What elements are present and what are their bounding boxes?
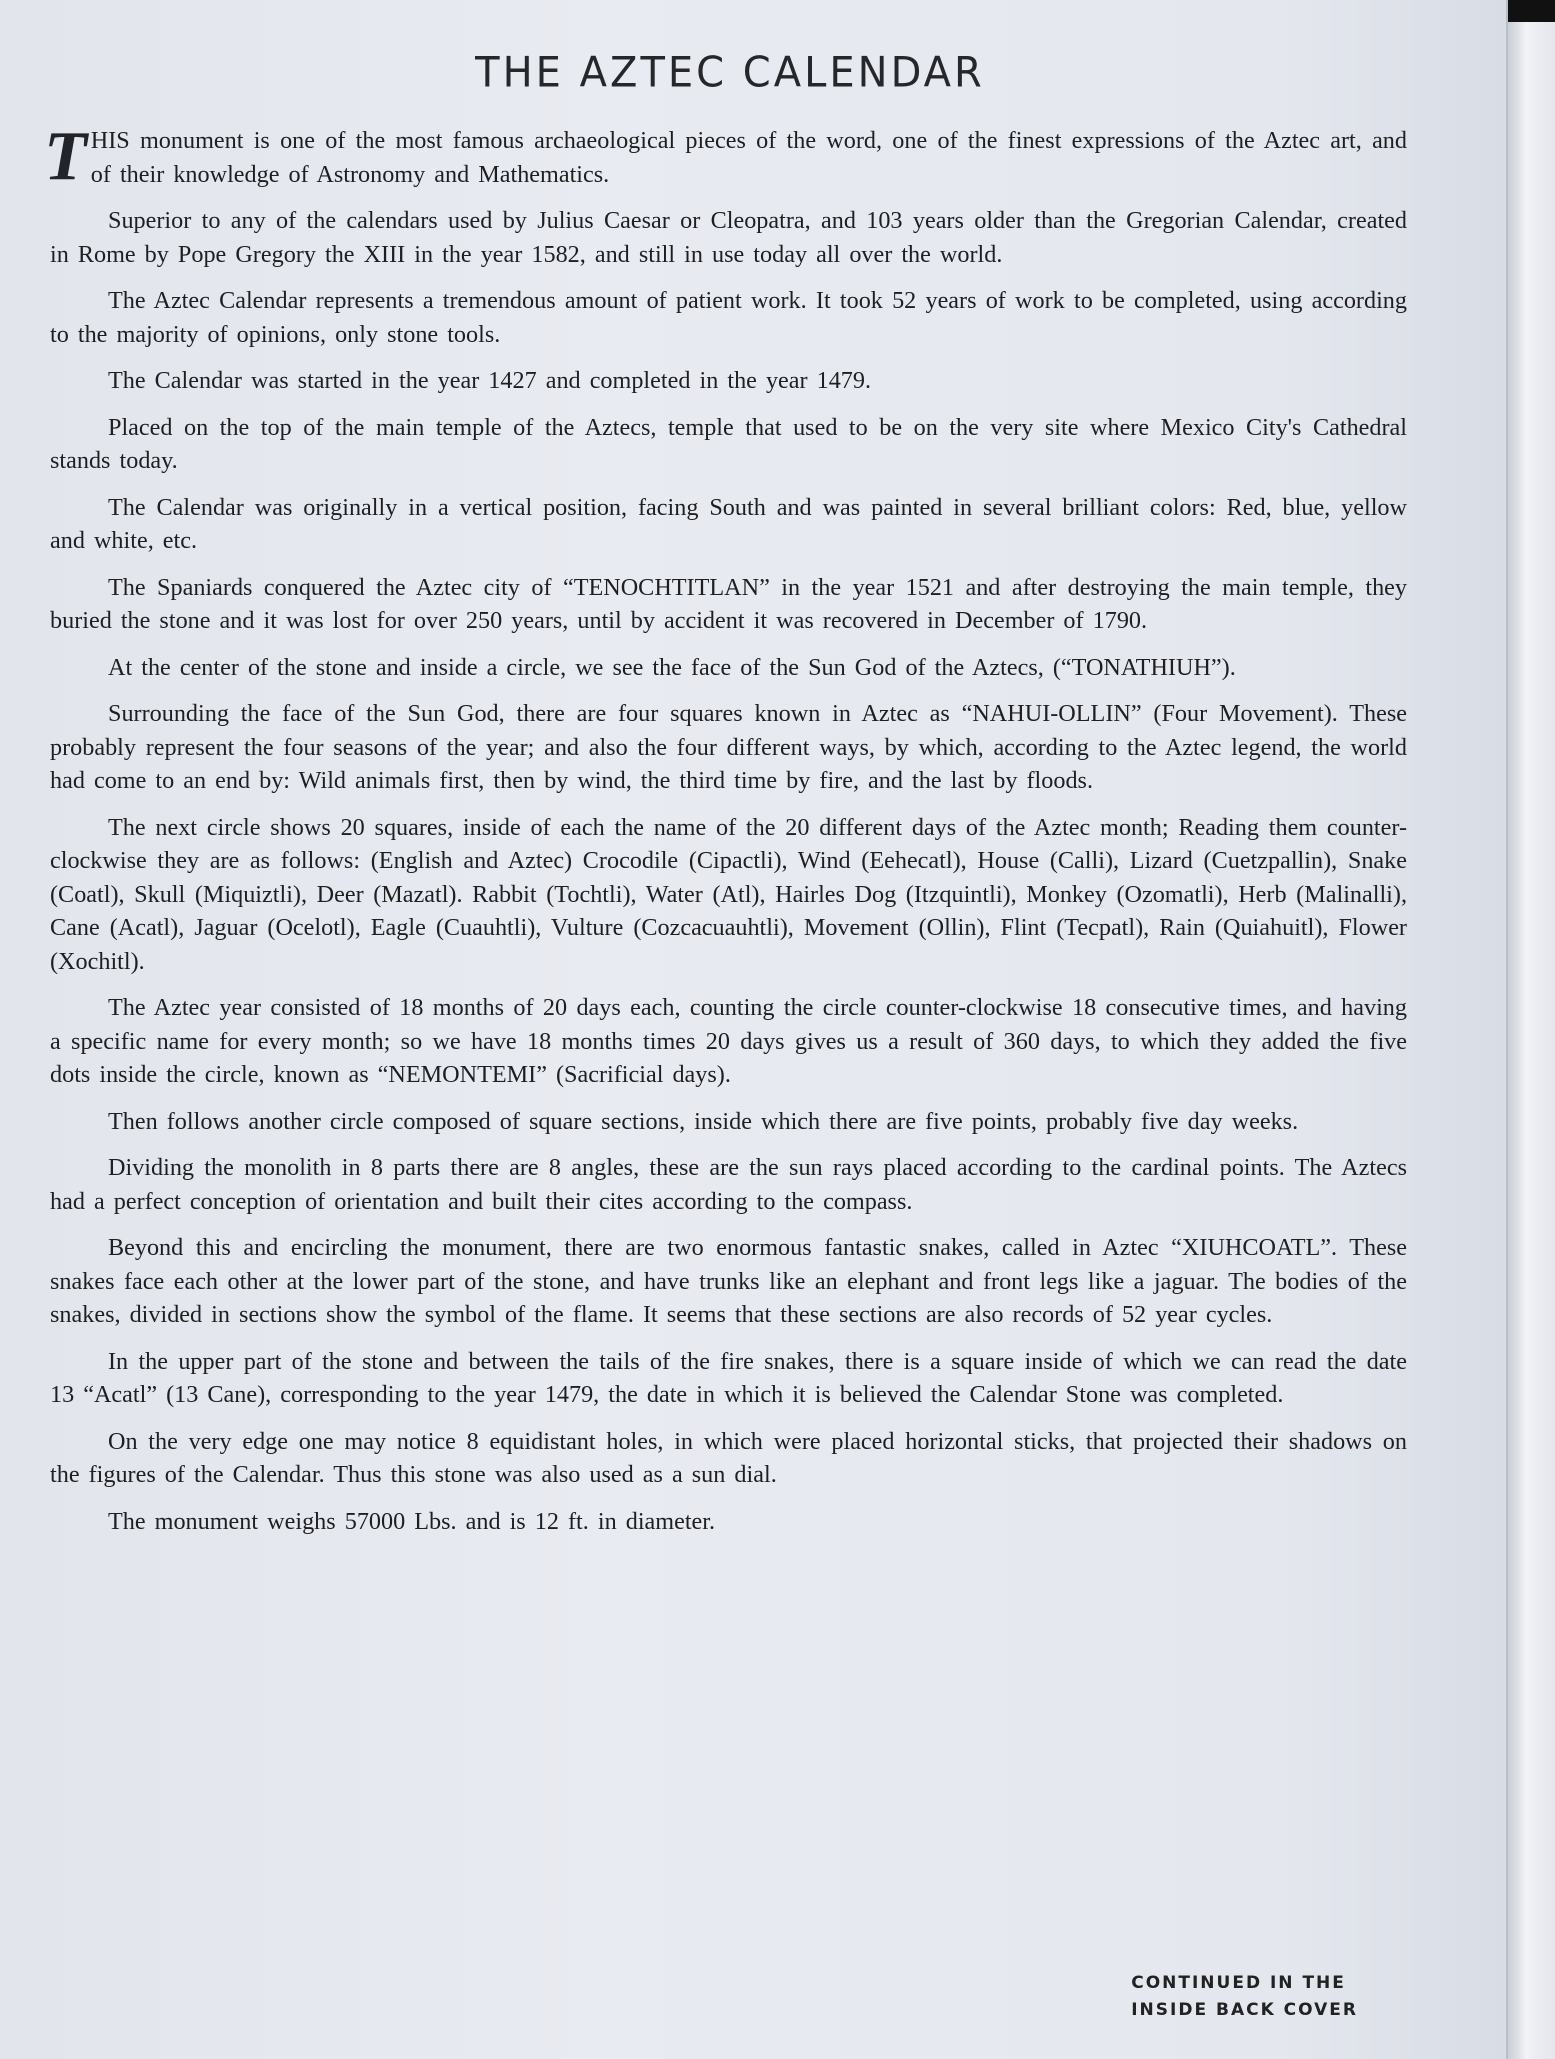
paragraph-8: At the center of the stone and inside a … [50, 651, 1407, 685]
paragraph-6: The Calendar was originally in a vertica… [50, 491, 1407, 558]
page-edge-shadow [1508, 0, 1555, 22]
paragraph-7: The Spaniards conquered the Aztec city o… [50, 571, 1407, 638]
paragraph-10: The next circle shows 20 squares, inside… [50, 811, 1407, 979]
paragraph-13: Dividing the monolith in 8 parts there a… [50, 1151, 1407, 1218]
paragraph-1: THIS monument is one of the most famous … [50, 124, 1407, 191]
paragraph-15: In the upper part of the stone and betwe… [50, 1345, 1407, 1412]
paragraph-14: Beyond this and encircling the monument,… [50, 1231, 1407, 1332]
paragraph-3: The Aztec Calendar represents a tremendo… [50, 284, 1407, 351]
page-edge [1506, 0, 1555, 2059]
continued-line-1: CONTINUED IN THE [1131, 1970, 1358, 1997]
paragraph-2: Superior to any of the calendars used by… [50, 204, 1407, 271]
paragraph-9: Surrounding the face of the Sun God, the… [50, 697, 1407, 798]
paragraph-16: On the very edge one may notice 8 equidi… [50, 1425, 1407, 1492]
continued-note: CONTINUED IN THE INSIDE BACK COVER [1131, 1970, 1358, 2024]
paragraph-5: Placed on the top of the main temple of … [50, 411, 1407, 478]
paragraph-11: The Aztec year consisted of 18 months of… [50, 991, 1407, 1092]
paragraph-4: The Calendar was started in the year 142… [50, 364, 1407, 398]
document-page: THE AZTEC CALENDAR THIS monument is one … [0, 0, 1508, 2059]
drop-cap: T [44, 126, 87, 188]
article-body: THIS monument is one of the most famous … [50, 124, 1407, 1538]
page-title: THE AZTEC CALENDAR [50, 49, 1410, 97]
continued-line-2: INSIDE BACK COVER [1131, 1997, 1358, 2024]
paragraph-12: Then follows another circle composed of … [50, 1105, 1407, 1139]
paragraph-17: The monument weighs 57000 Lbs. and is 12… [50, 1505, 1407, 1539]
